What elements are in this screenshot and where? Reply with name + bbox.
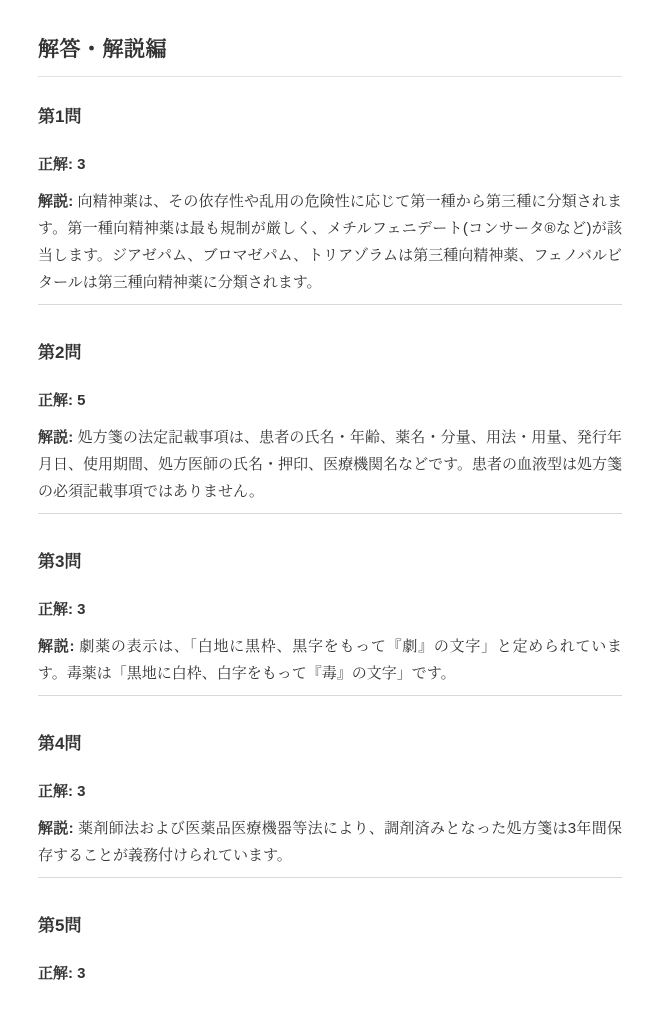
answer-line: 正解: 3 [38,151,622,178]
explanation-label: 解説: [38,193,73,210]
question-section-4: 第4問 正解: 3 解説: 薬剤師法および医薬品医療機器等法により、調剤済みとな… [38,732,622,878]
answer-label: 正解: [38,783,73,800]
question-section-5: 第5問 正解: 3 [38,914,622,987]
explanation-label: 解説: [38,429,73,446]
explanation-label: 解説: [38,638,74,655]
explanation: 解説: 向精神薬は、その依存性や乱用の危険性に応じて第一種から第三種に分類されま… [38,188,622,296]
explanation-text: 処方箋の法定記載事項は、患者の氏名・年齢、薬名・分量、用法・用量、発行年月日、使… [38,429,622,500]
question-section-2: 第2問 正解: 5 解説: 処方箋の法定記載事項は、患者の氏名・年齢、薬名・分量… [38,341,622,514]
question-section-3: 第3問 正解: 3 解説: 劇薬の表示は、「白地に黒枠、黒字をもって『劇』の文字… [38,550,622,696]
answer-line: 正解: 3 [38,596,622,623]
section-divider [38,877,622,878]
section-divider [38,304,622,305]
answers-article: 第1問 正解: 3 解説: 向精神薬は、その依存性や乱用の危険性に応じて第一種か… [38,105,622,987]
explanation-text: 劇薬の表示は、「白地に黒枠、黒字をもって『劇』の文字」と定められています。毒薬は… [38,638,622,682]
section-divider [38,513,622,514]
explanation-text: 薬剤師法および医薬品医療機器等法により、調剤済みとなった処方箋は3年間保存するこ… [38,820,622,864]
question-heading: 第5問 [38,914,622,938]
question-heading: 第2問 [38,341,622,365]
answer-label: 正解: [38,601,73,618]
explanation: 解説: 劇薬の表示は、「白地に黒枠、黒字をもって『劇』の文字」と定められています… [38,633,622,687]
answer-label: 正解: [38,965,73,982]
question-section-1: 第1問 正解: 3 解説: 向精神薬は、その依存性や乱用の危険性に応じて第一種か… [38,105,622,305]
question-heading: 第3問 [38,550,622,574]
answer-value: 3 [77,601,85,618]
explanation-text: 向精神薬は、その依存性や乱用の危険性に応じて第一種から第三種に分類されます。第一… [38,193,622,291]
answer-line: 正解: 3 [38,778,622,805]
question-heading: 第1問 [38,105,622,129]
explanation: 解説: 薬剤師法および医薬品医療機器等法により、調剤済みとなった処方箋は3年間保… [38,815,622,869]
answer-value: 5 [77,392,85,409]
answer-label: 正解: [38,392,73,409]
explanation-label: 解説: [38,820,74,837]
page-header: 解答・解説編 [38,36,622,77]
answer-value: 3 [77,156,85,173]
question-heading: 第4問 [38,732,622,756]
page-title: 解答・解説編 [38,36,622,64]
answer-value: 3 [77,965,85,982]
section-divider [38,695,622,696]
answer-line: 正解: 3 [38,960,622,987]
answer-line: 正解: 5 [38,387,622,414]
explanation: 解説: 処方箋の法定記載事項は、患者の氏名・年齢、薬名・分量、用法・用量、発行年… [38,424,622,505]
answer-value: 3 [77,783,85,800]
answer-label: 正解: [38,156,73,173]
